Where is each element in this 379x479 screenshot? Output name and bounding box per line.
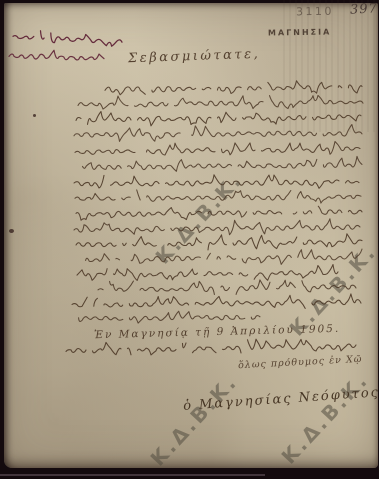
page-number: 397 [350, 1, 379, 17]
handwriting-line [75, 142, 360, 156]
handwriting-line [66, 339, 356, 355]
handwriting-line [74, 219, 360, 235]
handwriting-line [76, 112, 361, 126]
handwriting-line [77, 265, 338, 281]
handwriting-line [78, 95, 363, 109]
handwriting-line [72, 294, 361, 309]
scanned-letter-page: { "palette": { "scan_background": "#140a… [0, 0, 379, 479]
handwriting-line [13, 31, 122, 46]
handwriting-line [76, 206, 362, 220]
pencil-number: 3110 [296, 5, 334, 19]
handwriting-line [83, 156, 363, 171]
handwriting-line [75, 190, 361, 203]
handwriting-line [74, 125, 362, 142]
place-stamp: ΜΑΓΝΗΣΙΑ [268, 27, 331, 37]
handwriting-line [98, 280, 356, 295]
handwriting-line [79, 311, 260, 323]
handwriting-line [76, 234, 362, 250]
handwriting-line [74, 175, 359, 189]
handwriting-line [105, 81, 362, 95]
handwriting-line [86, 249, 362, 264]
handwriting-line [9, 50, 104, 60]
